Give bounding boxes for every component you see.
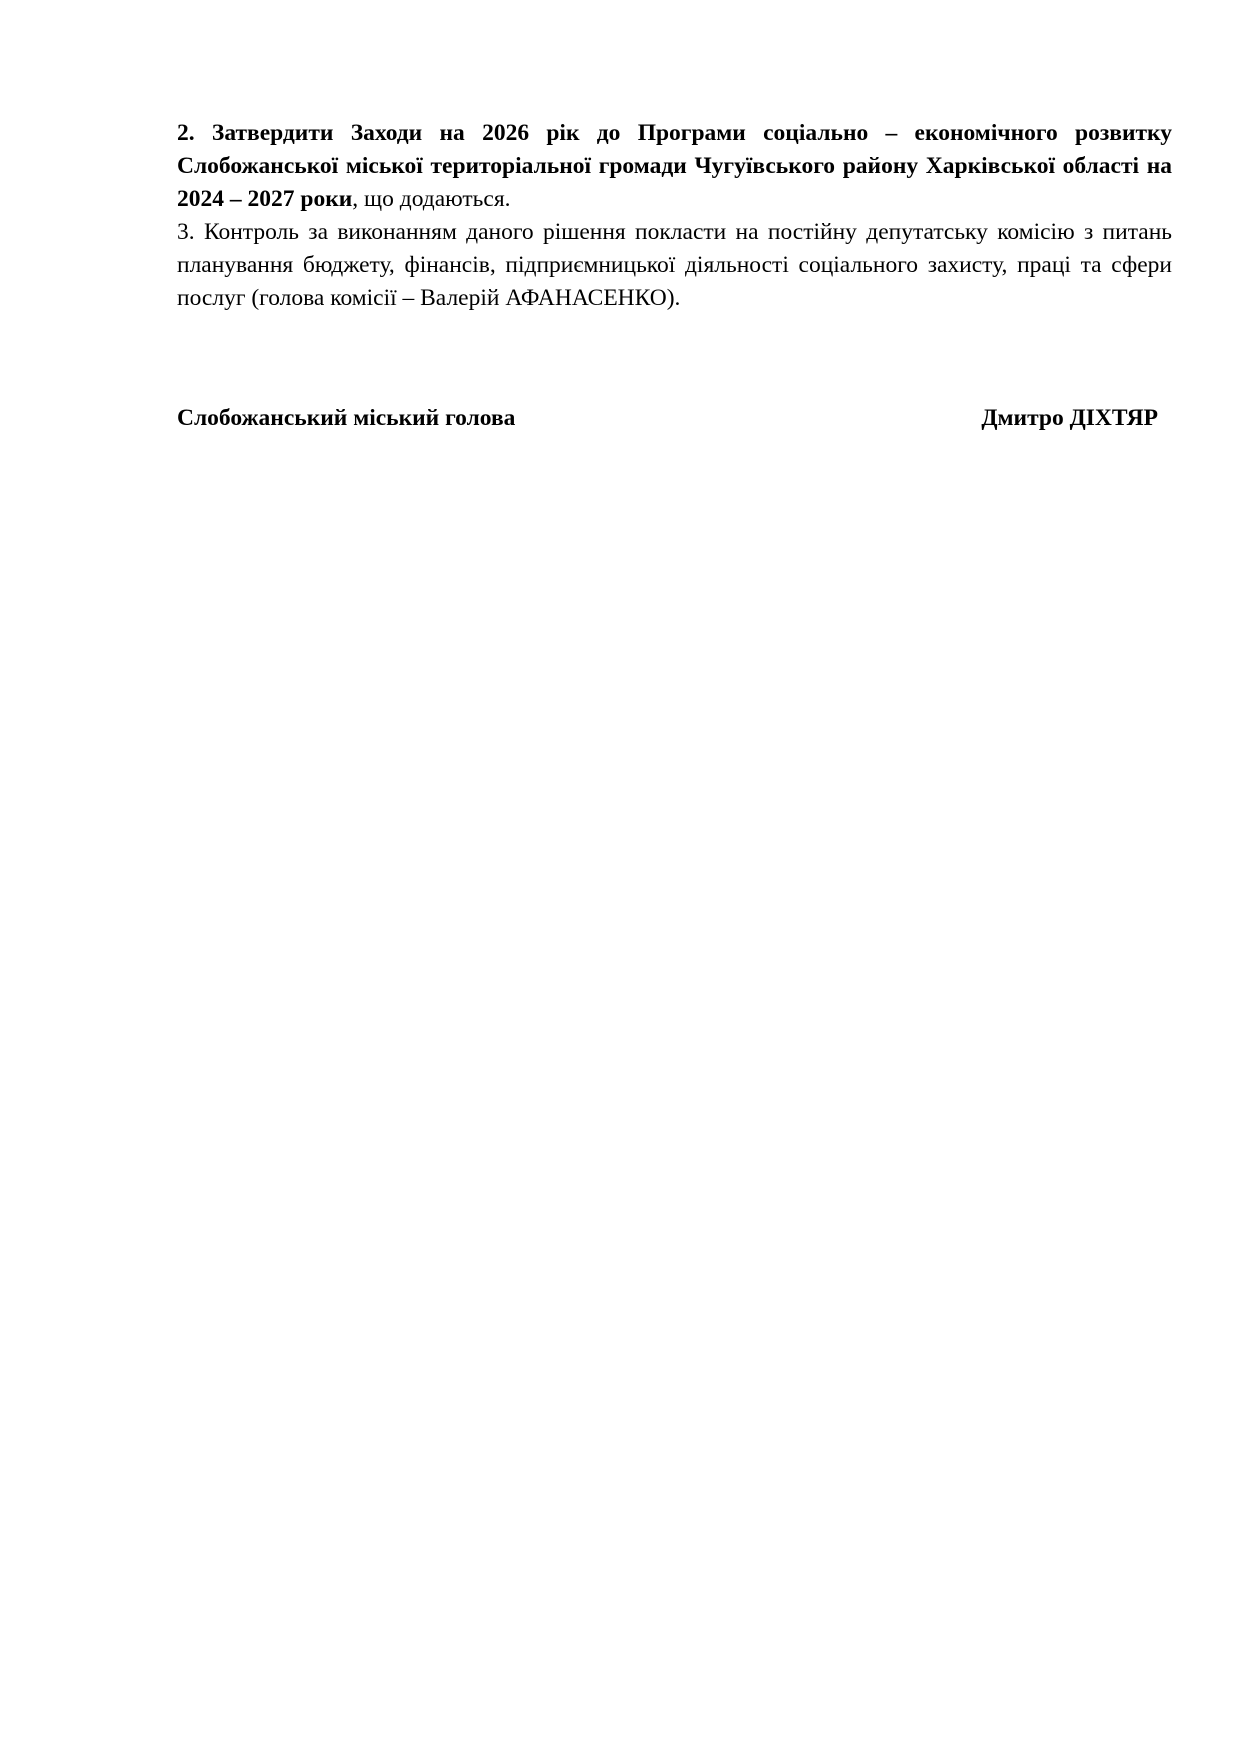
paragraph-3: 3. Контроль за виконанням даного рішення…	[177, 216, 1172, 315]
document-page: 2. Затвердити Заходи на 2026 рік до Прог…	[0, 0, 1240, 1754]
paragraph-2-number: 2.	[177, 120, 195, 146]
document-body: 2. Затвердити Заходи на 2026 рік до Прог…	[177, 117, 1172, 315]
paragraph-2: 2. Затвердити Заходи на 2026 рік до Прог…	[177, 117, 1172, 216]
signature-block: Слобожанський міський голова Дмитро ДІХТ…	[177, 402, 1172, 435]
paragraph-3-number: 3.	[177, 219, 195, 245]
signatory-name: Дмитро ДІХТЯР	[981, 402, 1172, 435]
paragraph-2-bold-text: Затвердити Заходи на 2026 рік до Програм…	[177, 120, 1172, 212]
signatory-position: Слобожанський міський голова	[177, 402, 515, 435]
paragraph-2-regular-text: , що додаються.	[352, 186, 510, 212]
paragraph-3-text: Контроль за виконанням даного рішення по…	[177, 219, 1172, 311]
